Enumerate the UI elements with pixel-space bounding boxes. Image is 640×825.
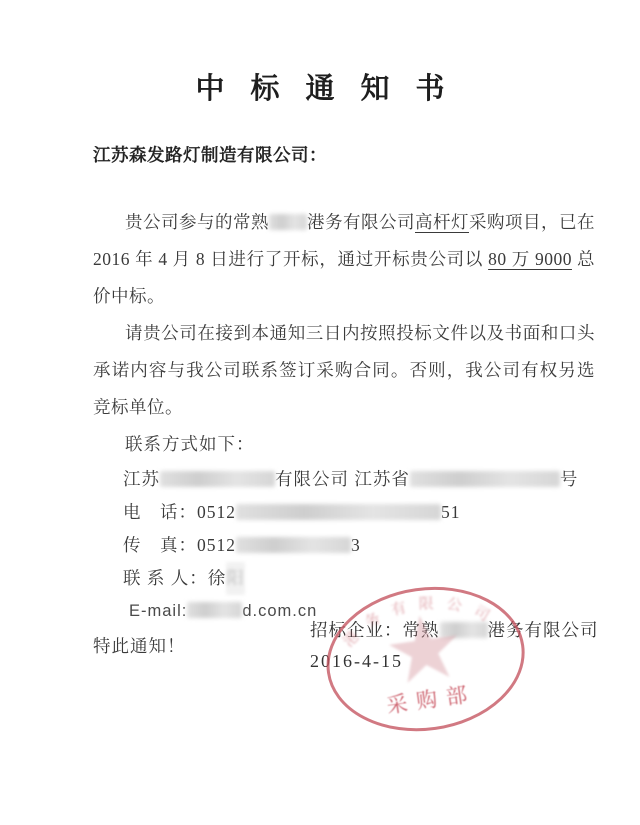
phone-suffix: 51 — [441, 502, 461, 522]
stamp-department-label: 采购部 — [385, 681, 477, 717]
contact-person-label: 联 系 人：徐 — [123, 568, 226, 588]
redaction-blur — [440, 622, 488, 638]
contact-company-line: 江苏有限公司 江苏省号 — [93, 463, 595, 496]
contact-company-pre: 江苏 — [123, 469, 160, 489]
redaction-blur: 阳 — [226, 562, 245, 595]
signature-company-suf: 港务有限公司 — [488, 620, 599, 640]
contact-intro: 联系方式如下： — [93, 426, 595, 463]
scanned-notice-document: 中标通知书 江苏森发路灯制造有限公司： 贵公司参与的常熟港务有限公司高杆灯采购项… — [0, 0, 640, 825]
signature-date: 2016-4-15 — [310, 651, 403, 672]
signature-company-line: 招标企业：常熟港务有限公司 — [310, 617, 599, 643]
redaction-blur — [160, 471, 275, 487]
redaction-blur — [269, 214, 307, 230]
page-title: 中标通知书 — [0, 66, 640, 107]
email-label: E-mail: — [129, 602, 187, 620]
redaction-blur — [187, 602, 242, 618]
para1-text: 港务有限公司 — [307, 212, 415, 232]
notice-body-para-2: 请贵公司在接到本通知三日内按照投标文件以及书面和口头承诺内容与我公司联系签订采购… — [93, 315, 595, 426]
contact-fax-line: 传 真：05123 — [93, 529, 595, 562]
para1-underlined-price: 80 万 9000 — [488, 249, 572, 269]
email-suffix: d.com.cn — [242, 602, 317, 620]
contact-company-suf: 号 — [560, 469, 579, 489]
redaction-blur — [410, 471, 560, 487]
notice-body-para-1: 贵公司参与的常熟港务有限公司高杆灯采购项目，已在 2016 年 4 月 8 日进… — [93, 204, 595, 315]
signature-company-pre: 招标企业：常熟 — [310, 620, 440, 640]
contact-company-mid: 有限公司 江苏省 — [275, 469, 410, 489]
redaction-blur — [236, 504, 441, 520]
fax-suffix: 3 — [351, 535, 361, 555]
para1-text: 贵公司参与的常熟 — [125, 212, 269, 232]
contact-person-line: 联 系 人：徐阳 — [93, 562, 595, 595]
para1-underlined-item: 高杆灯 — [415, 212, 469, 232]
notice-body: 贵公司参与的常熟港务有限公司高杆灯采购项目，已在 2016 年 4 月 8 日进… — [93, 204, 595, 665]
contact-phone-line: 电 话：051251 — [93, 496, 595, 529]
addressee: 江苏森发路灯制造有限公司： — [93, 142, 327, 167]
redaction-blur — [236, 537, 351, 553]
phone-label: 电 话：0512 — [123, 502, 236, 522]
fax-label: 传 真：0512 — [123, 535, 236, 555]
